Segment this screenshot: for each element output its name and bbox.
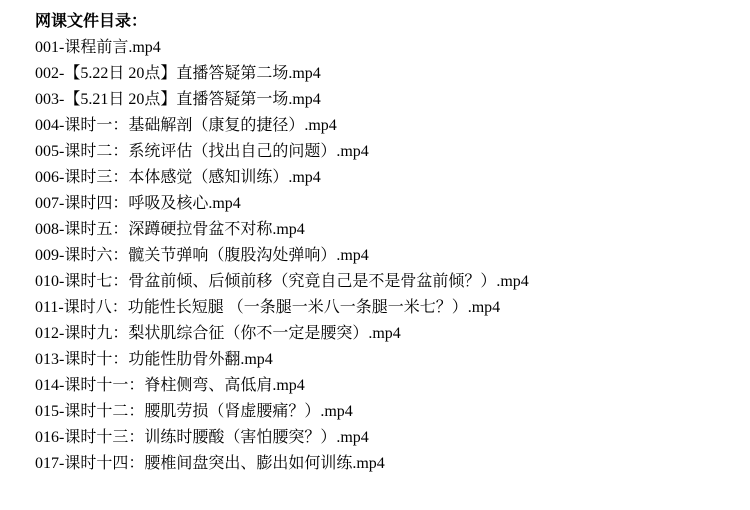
file-list-item: 013-课时十：功能性肋骨外翻.mp4: [35, 347, 730, 373]
page-title: 网课文件目录：: [35, 9, 730, 35]
file-list-item: 011-课时八：功能性长短腿 （一条腿一米八一条腿一米七？）.mp4: [35, 295, 730, 321]
file-list-item: 016-课时十三：训练时腰酸（害怕腰突？）.mp4: [35, 425, 730, 451]
file-list-item: 007-课时四：呼吸及核心.mp4: [35, 191, 730, 217]
file-list-item: 017-课时十四：腰椎间盘突出、膨出如何训练.mp4: [35, 451, 730, 477]
file-list-item: 010-课时七：骨盆前倾、后倾前移（究竟自己是不是骨盆前倾？）.mp4: [35, 269, 730, 295]
course-file-directory-document: 网课文件目录： 001-课程前言.mp4002-【5.22日 20点】直播答疑第…: [0, 0, 750, 477]
file-list-item: 001-课程前言.mp4: [35, 35, 730, 61]
file-list-item: 005-课时二：系统评估（找出自己的问题）.mp4: [35, 139, 730, 165]
file-list-item: 008-课时五：深蹲硬拉骨盆不对称.mp4: [35, 217, 730, 243]
file-list-item: 002-【5.22日 20点】直播答疑第二场.mp4: [35, 61, 730, 87]
file-list-item: 009-课时六：髋关节弹响（腹股沟处弹响）.mp4: [35, 243, 730, 269]
file-list-item: 003-【5.21日 20点】直播答疑第一场.mp4: [35, 87, 730, 113]
file-list-item: 015-课时十二：腰肌劳损（肾虚腰痛？）.mp4: [35, 399, 730, 425]
file-list-item: 014-课时十一：脊柱侧弯、高低肩.mp4: [35, 373, 730, 399]
file-list-item: 012-课时九：梨状肌综合征（你不一定是腰突）.mp4: [35, 321, 730, 347]
file-list: 001-课程前言.mp4002-【5.22日 20点】直播答疑第二场.mp400…: [35, 35, 730, 477]
file-list-item: 006-课时三：本体感觉（感知训练）.mp4: [35, 165, 730, 191]
file-list-item: 004-课时一：基础解剖（康复的捷径）.mp4: [35, 113, 730, 139]
